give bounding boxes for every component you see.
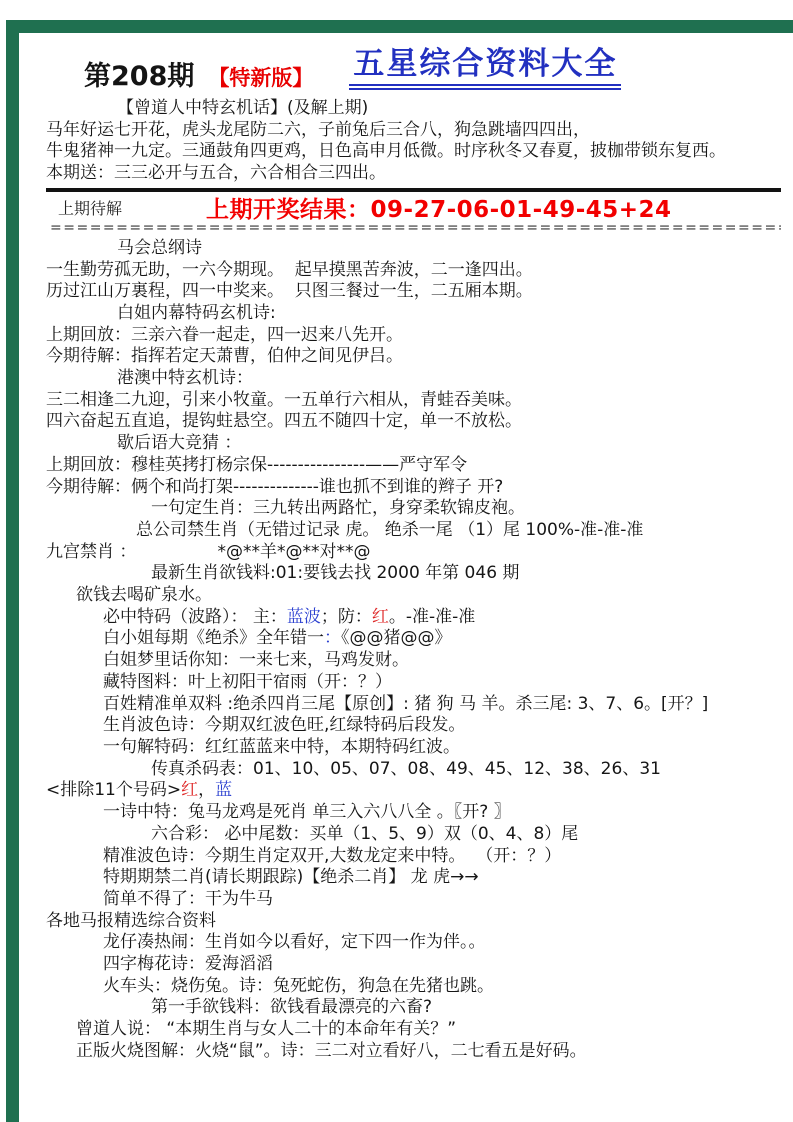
text-line: 百姓精准单双料 :绝杀四肖三尾【原创】: 猪 狗 马 羊。杀三尾: 3、7、6。… [46,694,781,716]
text-line: 历过江山万裏程，四一中奖来。 只图三餐过一生，二五厢本期。 [46,281,781,303]
document-page: 第208期 【特新版】 五星综合资料大全 【曾道人中特玄机话】(及解上期) 马年… [0,0,793,1122]
red-wave-text: 红 [372,607,389,627]
red-text: 红 [181,780,198,800]
last-draw-result: 上期开奖结果：09-27-06-01-49-45+24 [206,191,672,224]
text-line: 一诗中特：兔马龙鸡是死肖 单三入六八八全 。〖开? 〗 [46,802,781,824]
text-line: 火车头：烧伤兔。诗：兔死蛇伤，狗急在先猪也跳。 [46,976,781,998]
text-line: 第一手欲钱料：欲钱看最漂亮的六畜? [46,997,781,1019]
text-line: 本期送：三三必开与五合，六合相合三四出。 [46,163,781,185]
text-line: 一句解特码：红红蓝蓝来中特，本期特码红波。 [46,737,781,759]
intro-heading: 【曾道人中特玄机话】(及解上期) [46,98,781,120]
exclude-line: <排除11个号码>红，蓝 [46,780,781,802]
title-bar: 第208期 【特新版】 五星综合资料大全 [46,40,781,90]
text-line: 今期待解：俩个和尚打架--------------谁也抓不到谁的辫子 开? [46,477,781,499]
text-line: 龙仔凑热闹：生肖如今以看好，定下四一作为伴。。 [46,932,781,954]
text-line: 白姐梦里话你知：一来七来，马鸡发财。 [46,650,781,672]
text-line: 简单不得了：干为牛马 [46,889,781,911]
result-row: 上期待解 上期开奖结果：09-27-06-01-49-45+24 [46,193,781,223]
text-line: 生肖波色诗：今期双红波色旺,红绿特码后段发。 [46,715,781,737]
result-numbers: 09-27-06-01-49-45+24 [371,197,672,223]
text-line: 藏特图料：叶上初阳干宿雨（开：？） [46,672,781,694]
text-line: 今期待解：指挥若定天萧曹，伯仲之间见伊吕。 [46,346,781,368]
text-line: 上期回放：三亲六眷一起走，四一迟来八先开。 [46,325,781,347]
juesha-line: 白小姐每期《绝杀》全年错一：《@@猪@@》 [46,628,781,650]
text-line: 最新生肖欲钱料:01:要钱去找 2000 年第 046 期 [46,563,781,585]
green-border-top [6,20,793,33]
text-line: 曾道人说： “本期生肖与女人二十的本命年有关？” [46,1019,781,1041]
issue-number: 第208期 [84,63,194,90]
document-content: 第208期 【特新版】 五星综合资料大全 【曾道人中特玄机话】(及解上期) 马年… [46,40,781,1063]
intro-section: 【曾道人中特玄机话】(及解上期) 马年好运七开花，虎头龙尾防二六，子前兔后三合八… [46,98,781,185]
text-line: 港澳中特玄机诗： [46,368,781,390]
edition-badge: 【特新版】 [208,66,313,90]
blue-colon: ： [324,628,341,648]
green-border-left [6,20,19,1122]
text-line: 三二相逢二九迎，引来小牧童。一五单行六相从，青蛙吞美味。 [46,390,781,412]
text-line: 马会总纲诗 [46,238,781,260]
pending-label: 上期待解 [46,196,122,219]
text-line: 牛鬼猪神一九定。三通鼓角四更鸡，日色高申月低微。时序秋冬又春夏，披枷带锁东复西。 [46,141,781,163]
body-section: 马会总纲诗 一生勤劳孤无助，一六今期现。 起早摸黑苦奔波，二一逢四出。 历过江山… [46,238,781,1063]
text-line: 九宫禁肖 ： *@**羊*@**对**@ [46,542,781,564]
text-line: 上期回放：穆桂英拷打杨宗保----------------——严守军令 [46,455,781,477]
text-line: 一生勤劳孤无助，一六今期现。 起早摸黑苦奔波，二一逢四出。 [46,260,781,282]
text-line: 一句定生肖：三九转出两路忙，身穿柔软锦皮袍。 [46,498,781,520]
text-line: 精准波色诗：今期生肖定双开,大数龙定来中特。 （开：？） [46,846,781,868]
equals-separator: ========================================… [46,223,781,235]
page-title[interactable]: 五星综合资料大全 [349,47,621,90]
text-line: 六合彩： 必中尾数：买单（1、5、9）双（0、4、8）尾 [46,824,781,846]
text-line: 各地马报精选综合资料 [46,911,781,933]
text-line: 马年好运七开花，虎头龙尾防二六，子前兔后三合八，狗急跳墙四四出， [46,120,781,142]
text-line: 歇后语大竞猜 ： [46,433,781,455]
wave-color-line: 必中特码（波路）： 主：蓝波；防：红。-准-准-准 [46,607,781,629]
blue-wave-text: 蓝波 [287,607,321,627]
text-line: 白姐内幕特码玄机诗: [46,303,781,325]
text-line: 四六奋起五直追，提钩蛀悬空。四五不随四十定，单一不放松。 [46,411,781,433]
result-label: 上期开奖结果： [206,197,371,223]
text-line: 传真杀码表：01、10、05、07、08、49、45、12、38、26、31 [46,759,781,781]
text-line: 总公司禁生肖（无错过记录 虎。 绝杀一尾 （1）尾 100%-准-准-准 [46,520,781,542]
text-line: 欲钱去喝矿泉水。 [46,585,781,607]
text-line: 正版火烧图解：火烧“鼠”。诗：三二对立看好八，二七看五是好码。 [46,1041,781,1063]
text-line: 四字梅花诗：爱海滔滔 [46,954,781,976]
text-line: 特期期禁二肖(请长期跟踪)【绝杀二肖】 龙 虎→→ [46,867,781,889]
blue-text: 蓝 [215,780,232,800]
